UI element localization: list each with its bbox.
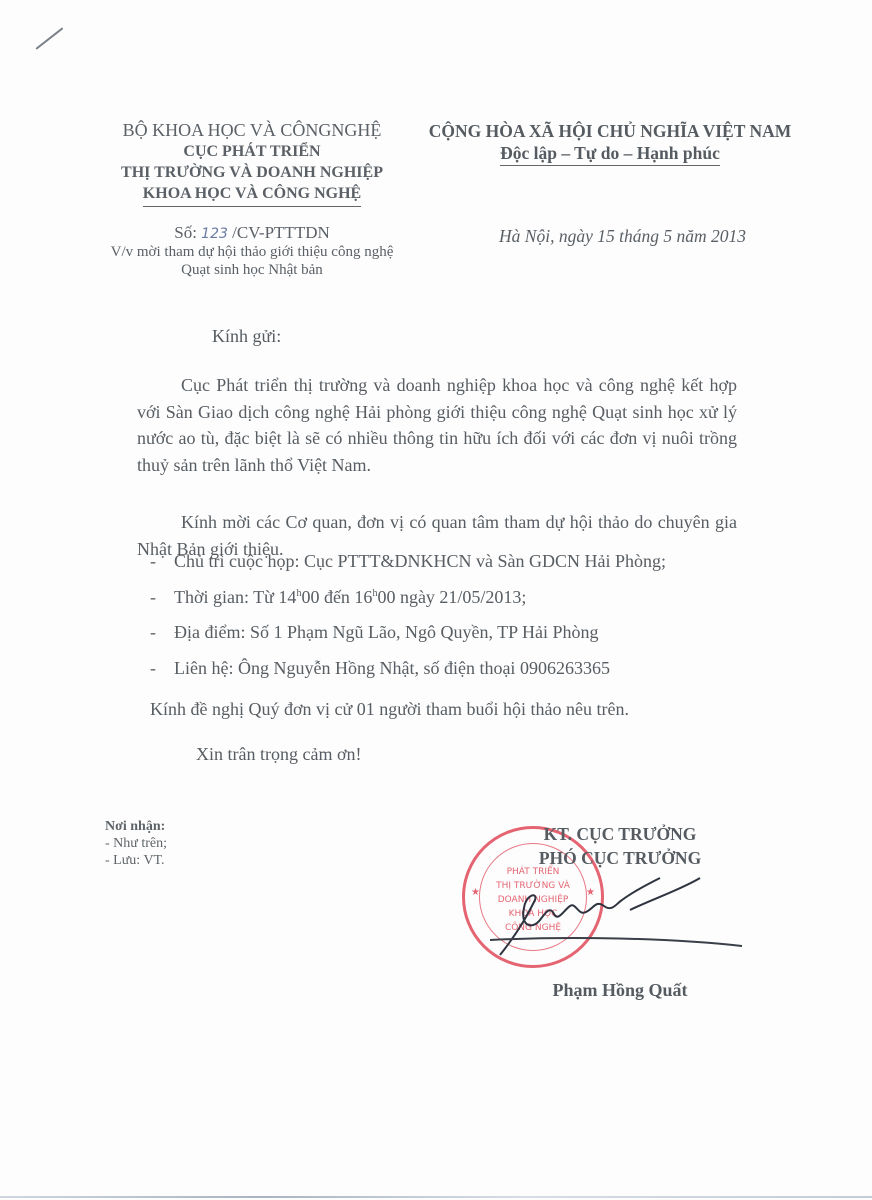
recipient-item: - Lưu: VT. (105, 852, 167, 869)
recipients: Nơi nhận: - Như trên; - Lưu: VT. (105, 818, 167, 869)
event-details: -Chủ trì cuộc họp: Cục PTTT&DNKHCN và Sà… (150, 551, 666, 693)
national-motto: Độc lập – Tự do – Hạnh phúc (500, 142, 720, 166)
detail-contact: -Liên hệ: Ông Nguyễn Hồng Nhật, số điện … (150, 658, 666, 694)
signer-title: KT. CỤC TRƯỞNG (500, 822, 740, 846)
request-text: Kính đề nghị Quý đơn vị cử 01 người tham… (150, 699, 629, 720)
document-reference: Số: 123 /CV-PTTTDN V/v mời tham dự hội t… (92, 224, 412, 279)
handwritten-signature (490, 870, 750, 960)
ref-prefix: Số: (174, 223, 197, 242)
signer-name: Phạm Hồng Quất (500, 980, 740, 1001)
detail-time: -Thời gian: Từ 14h00 đến 16h00 ngày 21/0… (150, 587, 666, 623)
department-line: KHOA HỌC VÀ CÔNG NGHỆ (143, 183, 361, 207)
ref-code: /CV-PTTTDN (232, 223, 330, 242)
scan-edge (0, 1196, 872, 1198)
subject-line: V/v mời tham dự hội thảo giới thiệu công… (92, 243, 412, 261)
paragraph-intro: Cục Phát triển thị trường và doanh nghiệ… (137, 372, 737, 478)
salutation: Kính gửi: (212, 326, 281, 347)
pen-mark (35, 27, 63, 50)
nation-title: CỘNG HÒA XÃ HỘI CHỦ NGHĨA VIỆT NAM (410, 120, 810, 142)
department-line: CỤC PHÁT TRIỂN (92, 141, 412, 162)
detail-host: -Chủ trì cuộc họp: Cục PTTT&DNKHCN và Sà… (150, 551, 666, 587)
place-date: Hà Nội, ngày 15 tháng 5 năm 2013 (410, 226, 835, 247)
recipient-item: - Như trên; (105, 835, 167, 852)
department-line: THỊ TRƯỜNG VÀ DOANH NGHIỆP (92, 162, 412, 183)
ministry-name: BỘ KHOA HỌC VÀ CÔNGNGHỆ (92, 120, 412, 141)
thanks-text: Xin trân trọng cảm ơn! (196, 744, 361, 765)
handwritten-number: 123 (201, 226, 228, 242)
detail-venue: -Địa điểm: Số 1 Phạm Ngũ Lão, Ngô Quyền,… (150, 622, 666, 658)
signer-title: PHÓ CỤC TRƯỞNG (500, 846, 740, 870)
national-header: CỘNG HÒA XÃ HỘI CHỦ NGHĨA VIỆT NAM Độc l… (410, 120, 810, 166)
recipients-title: Nơi nhận: (105, 818, 167, 835)
subject-line: Quạt sinh học Nhật bản (92, 261, 412, 279)
issuing-agency: BỘ KHOA HỌC VÀ CÔNGNGHỆ CỤC PHÁT TRIỂN T… (92, 120, 412, 207)
